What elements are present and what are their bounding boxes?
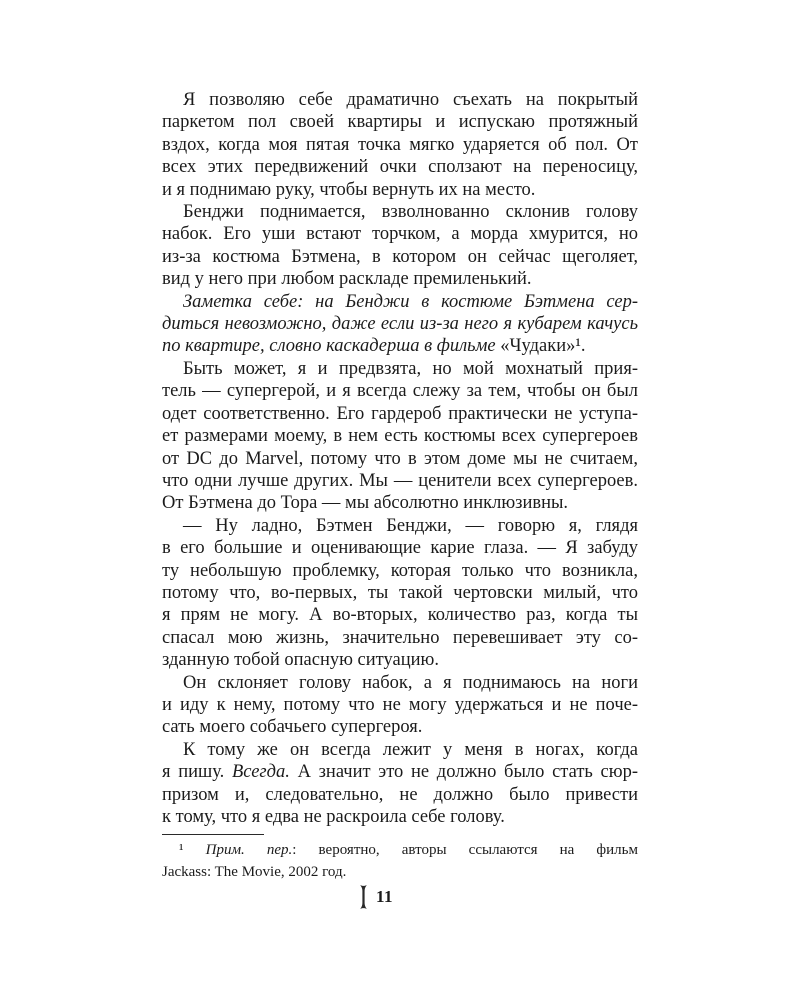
text-line: вид у него при любом раскладе премиленьк… (162, 268, 638, 290)
text-segment: Быть может, я и предвзята, но мой мохнат… (183, 359, 638, 379)
text-line: набок. Его уши встают торчком, а морда х… (162, 223, 638, 245)
text-segment: спасал мою жизнь, значительно перевешива… (162, 628, 638, 648)
text-line: ту небольшую проблемку, которая только ч… (162, 560, 638, 582)
text-line: я прям не могу. А во-вторых, количество … (162, 604, 638, 626)
text-segment: вздох, когда моя пятая точка мягко ударя… (162, 135, 638, 155)
text-segment: набок. Его уши встают торчком, а морда х… (162, 224, 638, 244)
paragraph: Быть может, я и предвзята, но мой мохнат… (162, 358, 638, 515)
text-segment: зданную тобой опасную ситуацию. (162, 650, 439, 670)
text-segment: ту небольшую проблемку, которая только ч… (162, 561, 638, 581)
text-segment: тель — супергерой, и я всегда слежу за т… (162, 381, 638, 401)
text-segment: одет соответственно. Его гардероб практи… (162, 404, 638, 424)
text-line: Бенджи поднимается, взволнованно склонив… (162, 201, 638, 223)
text-line: ет размерами моему, в нем есть костюмы в… (162, 425, 638, 447)
paragraph: — Ну ладно, Бэтмен Бенджи, — говорю я, г… (162, 515, 638, 672)
text-line: из-за костюма Бэтмена, в котором он сейч… (162, 246, 638, 268)
text-segment: К тому же он всегда лежит у меня в ногах… (183, 740, 638, 760)
text-segment: : вероятно, авторы ссылаются на фильм (292, 842, 638, 858)
paragraph: Заметка себе: на Бенджи в костюме Бэтмен… (162, 291, 638, 358)
text-segment: к тому, что я едва не раскроила себе гол… (162, 807, 505, 827)
text-segment: Бенджи поднимается, взволнованно склонив… (183, 202, 638, 222)
text-line: зданную тобой опасную ситуацию. (162, 649, 638, 671)
text-segment: — Ну ладно, Бэтмен Бенджи, — говорю я, г… (183, 516, 638, 536)
text-line: тель — супергерой, и я всегда слежу за т… (162, 380, 638, 402)
text-line: К тому же он всегда лежит у меня в ногах… (162, 739, 638, 761)
page-text-block: Я позволяю себе драматично съехать на по… (162, 89, 638, 828)
text-segment: «Чудаки»¹. (500, 336, 585, 356)
text-line: диться невозможно, даже если из-за него … (162, 313, 638, 335)
text-line: Я позволяю себе драматично съехать на по… (162, 89, 638, 111)
text-line: спасал мою жизнь, значительно перевешива… (162, 627, 638, 649)
text-line: к тому, что я едва не раскроила себе гол… (162, 806, 638, 828)
text-segment: что одни лучше других. Мы — ценители все… (162, 471, 638, 491)
text-line: и я поднимаю руку, чтобы вернуть их на м… (162, 179, 638, 201)
text-line: одет соответственно. Его гардероб практи… (162, 403, 638, 425)
text-line: по квартире, словно каскадерша в фильме … (162, 335, 638, 357)
text-line: Быть может, я и предвзята, но мой мохнат… (162, 358, 638, 380)
text-line: паркетом пол своей квартиры и испускаю п… (162, 111, 638, 133)
footnote-separator (162, 834, 264, 835)
text-line: Он склоняет голову набок, а я поднимаюсь… (162, 672, 638, 694)
text-segment: призом и, следовательно, не должно было … (162, 785, 638, 805)
text-segment: ¹ (179, 842, 206, 858)
page-number-block: 11 (0, 884, 752, 910)
text-segment: ет размерами моему, в нем есть костюмы в… (162, 426, 638, 446)
text-line: и иду к нему, потому что не могу удержат… (162, 694, 638, 716)
serif-i-ornament-icon (359, 884, 368, 910)
italic-text-segment: Всегда. (232, 762, 290, 782)
italic-text-segment: Заметка себе: на Бенджи в костюме Бэтмен… (183, 292, 638, 312)
paragraph: К тому же он всегда лежит у меня в ногах… (162, 739, 638, 829)
text-segment: из-за костюма Бэтмена, в котором он сейч… (162, 247, 638, 267)
text-segment: всех этих передвижений очки сползают на … (162, 157, 638, 177)
text-line: от DC до Marvel, потому что в этом доме … (162, 448, 638, 470)
text-segment: я пишу. (162, 762, 232, 782)
text-line: я пишу. Всегда. А значит это не должно б… (162, 761, 638, 783)
text-segment: и иду к нему, потому что не могу удержат… (162, 695, 638, 715)
text-segment: вид у него при любом раскладе премиленьк… (162, 269, 532, 289)
text-segment: от DC до Marvel, потому что в этом доме … (162, 449, 638, 469)
text-segment: паркетом пол своей квартиры и испускаю п… (162, 112, 638, 132)
page-number: 11 (376, 887, 393, 907)
italic-text-segment: по квартире, словно каскадерша в фильме (162, 336, 500, 356)
text-line: всех этих передвижений очки сползают на … (162, 156, 638, 178)
text-line: сать моего собачьего супергероя. (162, 716, 638, 738)
text-line: потому что, во-первых, ты такой чертовск… (162, 582, 638, 604)
text-segment: А значит это не должно было стать сюр- (290, 762, 638, 782)
text-line: — Ну ладно, Бэтмен Бенджи, — говорю я, г… (162, 515, 638, 537)
text-line: призом и, следовательно, не должно было … (162, 784, 638, 806)
paragraph: Он склоняет голову набок, а я поднимаюсь… (162, 672, 638, 739)
text-line: Jackass: The Movie, 2002 год. (162, 861, 638, 883)
paragraph: Я позволяю себе драматично съехать на по… (162, 89, 638, 201)
text-segment: в его большие и оценивающие карие глаза.… (162, 538, 638, 558)
text-line: ¹ Прим. пер.: вероятно, авторы ссылаются… (162, 839, 638, 861)
text-segment: От Бэтмена до Тора — мы абсолютно инклюз… (162, 493, 568, 513)
text-segment: сать моего собачьего супергероя. (162, 717, 422, 737)
text-line: в его большие и оценивающие карие глаза.… (162, 537, 638, 559)
text-segment: я прям не могу. А во-вторых, количество … (162, 605, 638, 625)
text-segment: и я поднимаю руку, чтобы вернуть их на м… (162, 180, 535, 200)
text-segment: потому что, во-первых, ты такой чертовск… (162, 583, 638, 603)
text-segment: Он склоняет голову набок, а я поднимаюсь… (183, 673, 638, 693)
text-line: вздох, когда моя пятая точка мягко ударя… (162, 134, 638, 156)
text-segment: Jackass: The Movie, 2002 год. (162, 864, 346, 880)
italic-text-segment: Прим. пер. (206, 842, 293, 858)
italic-text-segment: диться невозможно, даже если из-за него … (162, 314, 638, 334)
text-segment: Я позволяю себе драматично съехать на по… (183, 90, 638, 110)
paragraph: Бенджи поднимается, взволнованно склонив… (162, 201, 638, 291)
footnote: ¹ Прим. пер.: вероятно, авторы ссылаются… (162, 834, 638, 884)
text-line: что одни лучше других. Мы — ценители все… (162, 470, 638, 492)
text-line: От Бэтмена до Тора — мы абсолютно инклюз… (162, 492, 638, 514)
footnote-text: ¹ Прим. пер.: вероятно, авторы ссылаются… (162, 839, 638, 884)
text-line: Заметка себе: на Бенджи в костюме Бэтмен… (162, 291, 638, 313)
